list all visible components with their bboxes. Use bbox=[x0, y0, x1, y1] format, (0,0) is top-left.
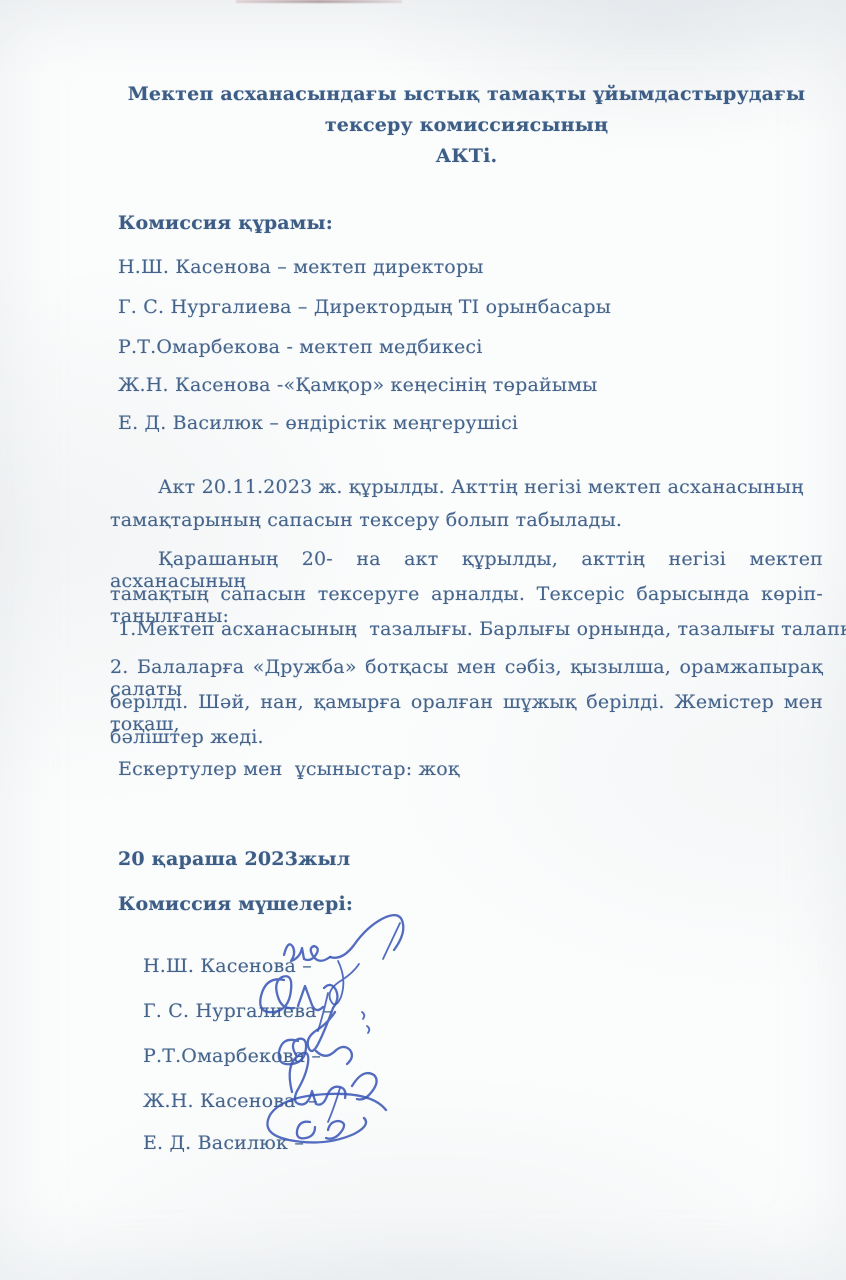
date-line: 20 қараша 2023жыл bbox=[118, 848, 350, 870]
document-title-line-3: АКТі. bbox=[110, 145, 823, 167]
signatory-row: Е. Д. Василюк – bbox=[118, 1110, 304, 1198]
member-line: Г. С. Нургалиева – Директордың ТІ орынба… bbox=[118, 296, 611, 318]
commission-heading: Комиссия құрамы: bbox=[118, 212, 333, 234]
member-line: Е. Д. Василюк – өндірістік меңгерушісі bbox=[118, 412, 518, 434]
member-line: Ж.Н. Касенова -«Қамқор» кеңесінің төрайы… bbox=[118, 374, 598, 396]
paragraph-line: тамақтарының сапасын тексеру болып табыл… bbox=[110, 509, 823, 531]
member-line: Н.Ш. Касенова – мектеп директоры bbox=[118, 256, 484, 278]
document-title-line-2: тексеру комиссиясының bbox=[110, 114, 823, 136]
paragraph-line: Акт 20.11.2023 ж. құрылды. Акттің негізі… bbox=[110, 476, 823, 498]
scan-edge-artifact bbox=[236, 0, 402, 3]
signature-ed-vasilyuk bbox=[254, 1086, 414, 1161]
document-page: Мектеп асханасындағы ыстық тамақты ұйымд… bbox=[0, 0, 846, 1280]
finding-item-2-line: бәліштер жеді. bbox=[110, 726, 823, 748]
notes-line: Ескертулер мен ұсыныстар: жоқ bbox=[118, 758, 460, 780]
finding-item-1: 1.Мектеп асханасының тазалығы. Барлығы о… bbox=[118, 618, 846, 640]
document-title-line-1: Мектеп асханасындағы ыстық тамақты ұйымд… bbox=[110, 83, 823, 105]
member-line: Р.Т.Омарбекова - мектеп медбикесі bbox=[118, 336, 483, 358]
